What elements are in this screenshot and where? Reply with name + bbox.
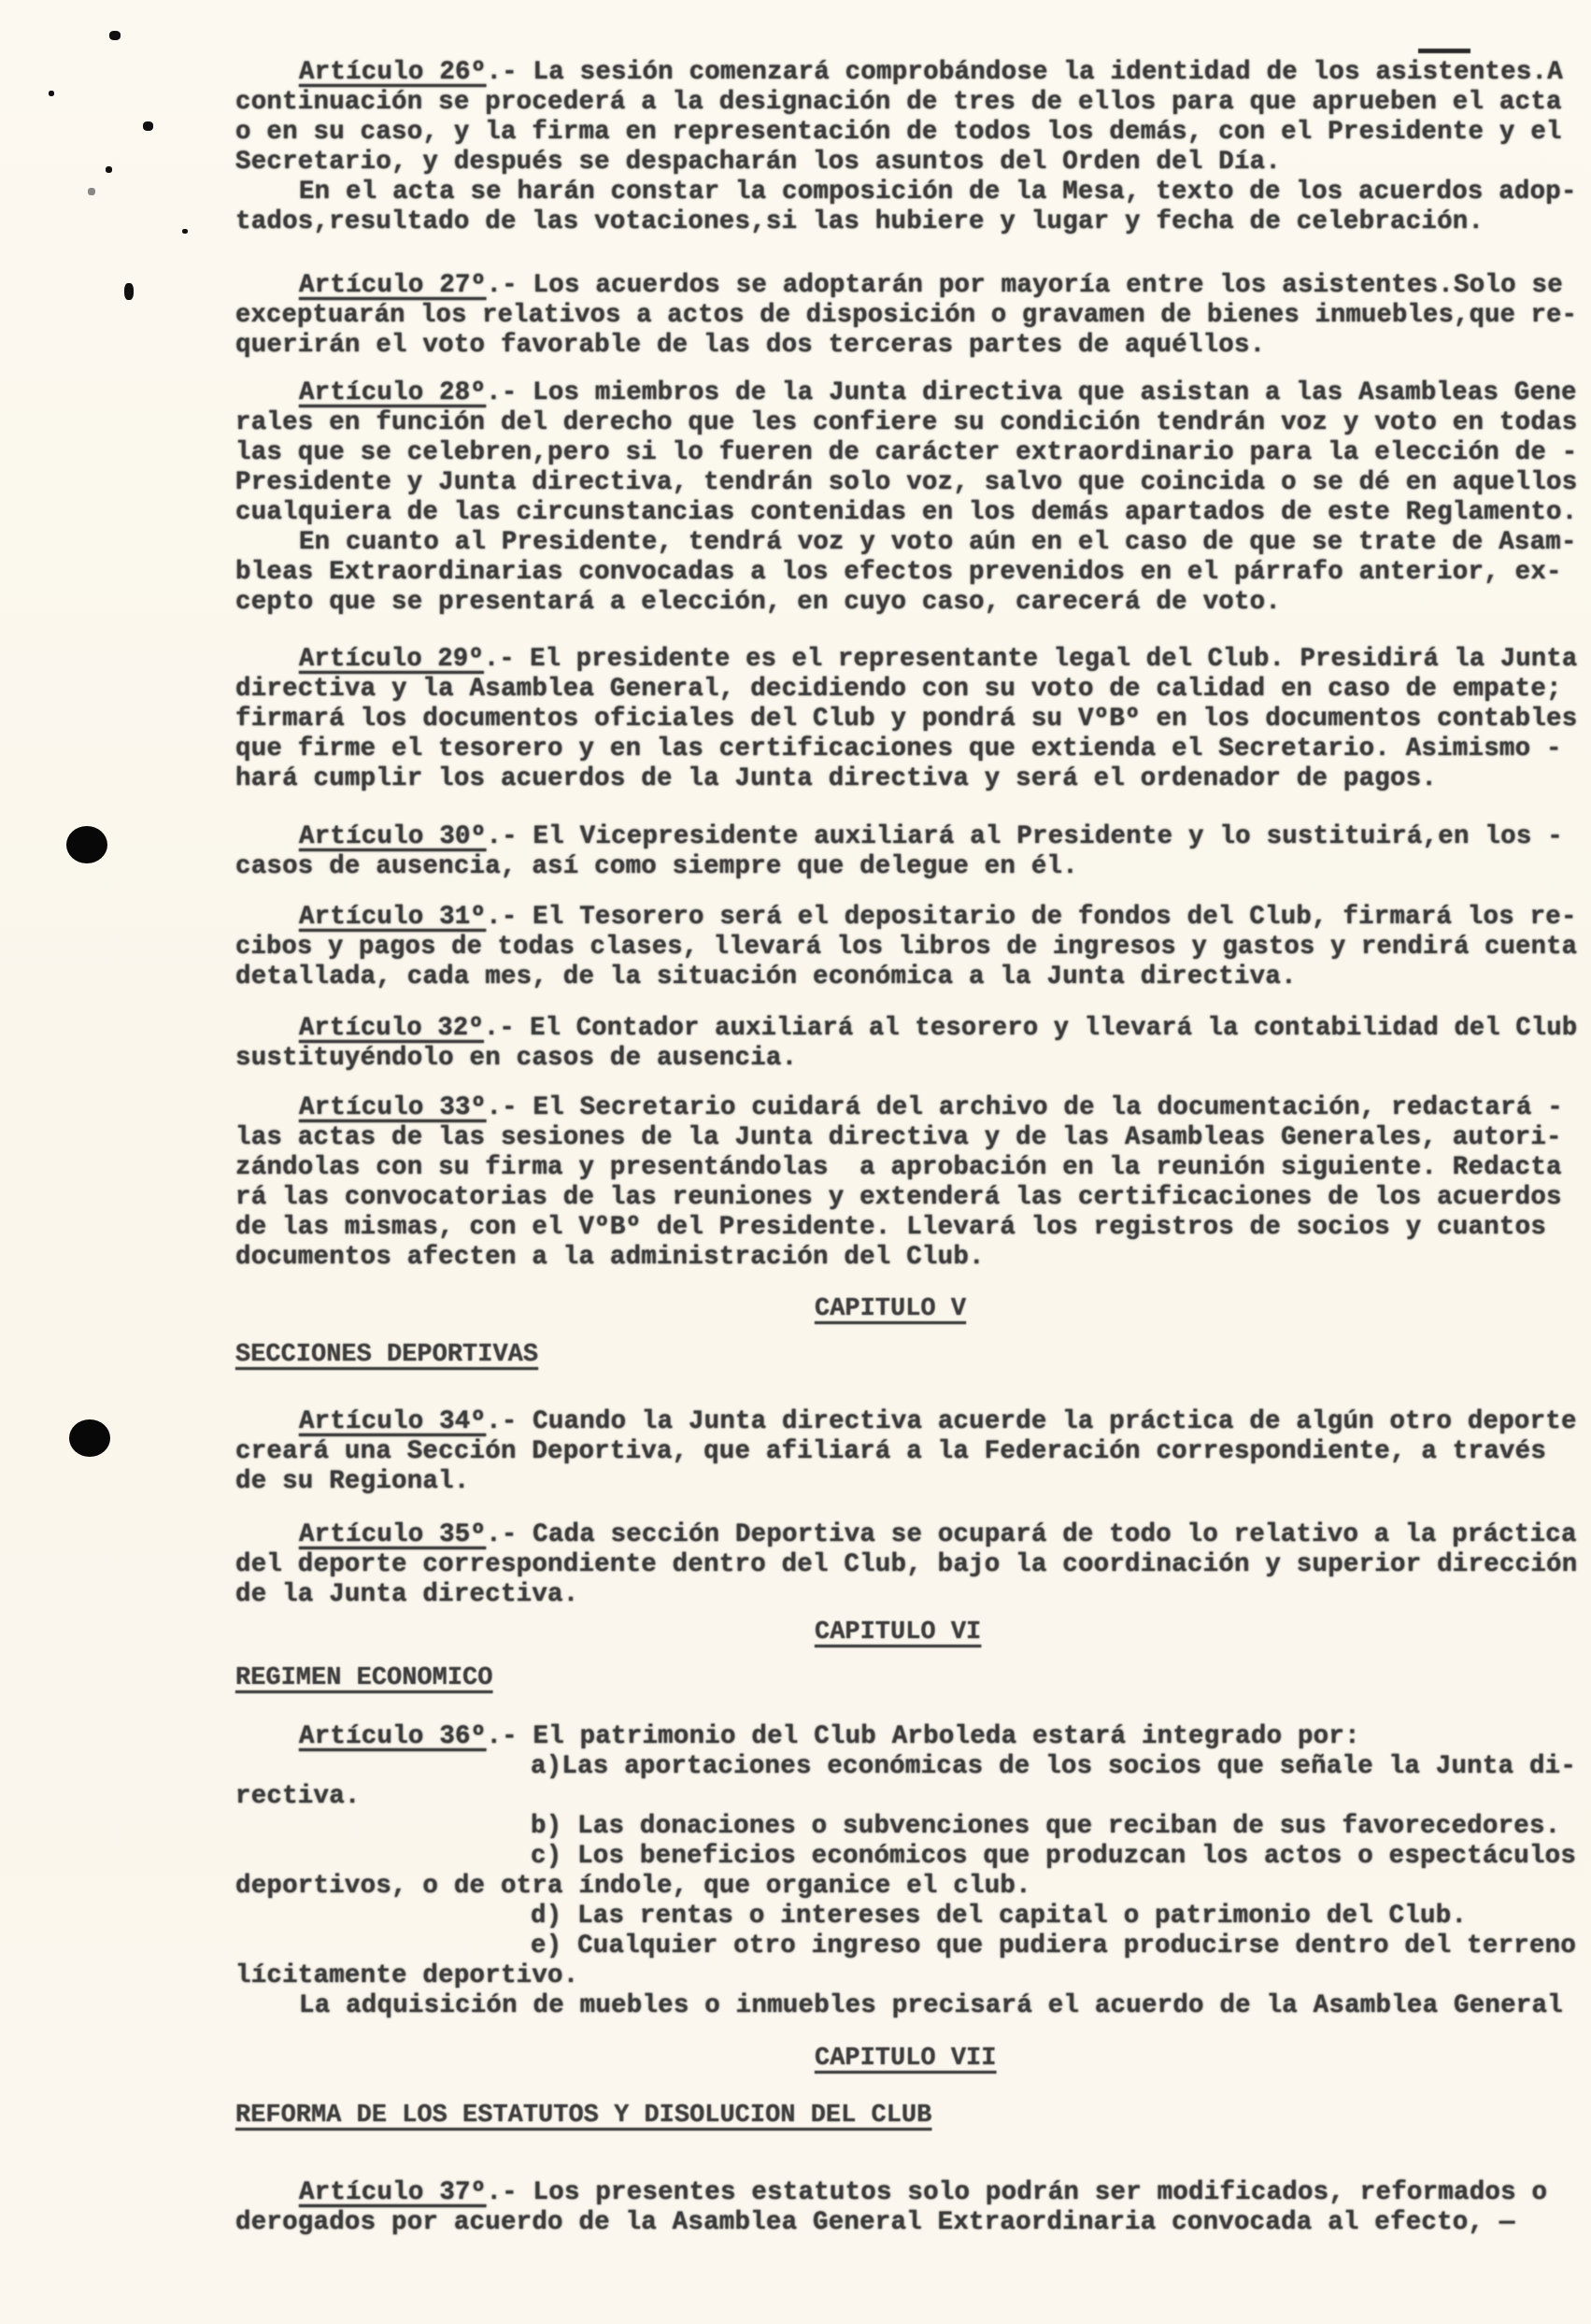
line-text: sustituyéndolo en casos de ausencia. <box>235 1044 797 1073</box>
text-line: La adquisición de muebles o inmuebles pr… <box>299 1991 1563 2021</box>
line-text: hará cumplir los acuerdos de la Junta di… <box>235 764 1437 793</box>
article-label: Artículo 35º <box>299 1520 486 1549</box>
text-line: Presidente y Junta directiva, tendrán so… <box>235 468 1577 498</box>
text-line: o en su caso, y la firma en representaci… <box>235 118 1562 148</box>
article-label: Artículo 33º <box>299 1093 486 1122</box>
text-line: hará cumplir los acuerdos de la Junta di… <box>235 764 1437 794</box>
text-line: c) Los beneficios económicos que produzc… <box>531 1842 1576 1872</box>
text-line: lícitamente deportivo. <box>235 1961 578 1991</box>
line-text: firmará los documentos oficiales del Clu… <box>235 705 1577 734</box>
text-line: zándolas con su firma y presentándolas a… <box>235 1153 1562 1183</box>
punch-hole-lower <box>69 1419 110 1457</box>
text-line: documentos afecten a la administración d… <box>235 1243 985 1273</box>
line-text: Secretario, y después se despacharán los… <box>235 148 1281 177</box>
line-text: .- Los miembros de la Junta directiva qu… <box>486 378 1576 407</box>
line-text: continuación se procederá a la designaci… <box>235 88 1562 117</box>
line-text: rectiva. <box>235 1782 361 1811</box>
ink-speck <box>49 91 54 96</box>
line-text: detallada, cada mes, de la situación eco… <box>235 962 1297 991</box>
text-line: cualquiera de las circunstancias conteni… <box>235 498 1577 528</box>
line-text: .- El presidente es el representante leg… <box>484 645 1577 674</box>
article-first-line: Artículo 31º.- El Tesorero será el depos… <box>299 903 1577 933</box>
ink-speck <box>88 188 95 195</box>
text-line: En cuanto al Presidente, tendrá voz y vo… <box>299 528 1577 558</box>
line-text: bleas Extraordinarias convocadas a los e… <box>235 558 1562 587</box>
section-heading: REGIMEN ECONOMICO <box>235 1663 492 1693</box>
text-line: querirán el voto favorable de las dos te… <box>235 331 1265 361</box>
text-line: que firme el tesorero y en las certifica… <box>235 734 1562 764</box>
article-label: Artículo 37º <box>299 2178 486 2207</box>
text-line: En el acta se harán constar la composici… <box>299 178 1577 207</box>
line-text: exceptuarán los relativos a actos de dis… <box>235 301 1577 330</box>
line-text: .- Cada sección Deportiva se ocupará de … <box>486 1520 1576 1549</box>
line-text: .- El Tesorero será el depositario de fo… <box>486 903 1576 932</box>
text-line: de la Junta directiva. <box>235 1580 578 1610</box>
line-text: e) Cualquier otro ingreso que pudiera pr… <box>531 1932 1576 1960</box>
line-text: de las mismas, con el VºBº del President… <box>235 1213 1546 1242</box>
article-label: Artículo 30º <box>299 822 486 851</box>
ink-speck <box>143 121 153 131</box>
line-text: del deporte correspondiente dentro del C… <box>235 1550 1577 1579</box>
article-label: Artículo 27º <box>299 271 486 300</box>
line-text: querirán el voto favorable de las dos te… <box>235 331 1265 360</box>
line-text: las que se celebren,pero si lo fueren de… <box>235 438 1577 467</box>
line-text: que firme el tesorero y en las certifica… <box>235 734 1562 763</box>
line-text: casos de ausencia, así como siempre que … <box>235 852 1078 881</box>
line-text: .- Los acuerdos se adoptarán por mayoría… <box>486 271 1563 300</box>
line-text: rá las convocatorias de las reuniones y … <box>235 1183 1562 1212</box>
section-heading: SECCIONES DEPORTIVAS <box>235 1340 538 1370</box>
line-text: a)Las aportaciones económicas de los soc… <box>531 1752 1576 1781</box>
text-line: b) Las donaciones o subvenciones que rec… <box>531 1812 1560 1842</box>
ink-speck <box>182 229 188 234</box>
text-line: rales en función del derecho que les con… <box>235 408 1577 438</box>
text-line: casos de ausencia, así como siempre que … <box>235 852 1078 882</box>
article-label: Artículo 31º <box>299 903 486 932</box>
line-text: d) Las rentas o intereses del capital o … <box>531 1902 1467 1931</box>
text-line: bleas Extraordinarias convocadas a los e… <box>235 558 1562 588</box>
ink-speck <box>106 166 112 173</box>
article-first-line: Artículo 32º.- El Contador auxiliará al … <box>299 1014 1577 1044</box>
ink-speck <box>124 283 134 300</box>
line-text: b) Las donaciones o subvenciones que rec… <box>531 1812 1560 1841</box>
line-text: de la Junta directiva. <box>235 1580 578 1609</box>
text-line: sustituyéndolo en casos de ausencia. <box>235 1044 797 1074</box>
line-text: cualquiera de las circunstancias conteni… <box>235 498 1577 527</box>
article-first-line: Artículo 37º.- Los presentes estatutos s… <box>299 2178 1547 2208</box>
text-line: deportivos, o de otra índole, que organi… <box>235 1872 1031 1902</box>
text-line: las actas de las sesiones de la Junta di… <box>235 1123 1562 1153</box>
article-label: Artículo 28º <box>299 378 486 407</box>
text-line: del deporte correspondiente dentro del C… <box>235 1550 1577 1580</box>
article-label: Artículo 34º <box>299 1407 486 1436</box>
line-text: creará una Sección Deportiva, que afilia… <box>235 1437 1546 1466</box>
line-text: .- El Contador auxiliará al tesorero y l… <box>484 1014 1577 1043</box>
chapter-heading: CAPITULO V <box>815 1294 966 1324</box>
line-text: En cuanto al Presidente, tendrá voz y vo… <box>299 528 1577 557</box>
section-heading: REFORMA DE LOS ESTATUTOS Y DISOLUCION DE… <box>235 2101 931 2131</box>
line-text: .- La sesión comenzará comprobándose la … <box>486 58 1563 87</box>
line-text: derogados por acuerdo de la Asamblea Gen… <box>235 2208 1515 2237</box>
article-first-line: Artículo 26º.- La sesión comenzará compr… <box>299 58 1563 88</box>
line-text: .- El Vicepresidente auxiliará al Presid… <box>486 822 1563 851</box>
text-line: continuación se procederá a la designaci… <box>235 88 1562 118</box>
text-line: las que se celebren,pero si lo fueren de… <box>235 438 1577 468</box>
line-text: .- Cuando la Junta directiva acuerde la … <box>486 1407 1576 1436</box>
article-first-line: Artículo 30º.- El Vicepresidente auxilia… <box>299 822 1563 852</box>
line-text: .- El Secretario cuidará del archivo de … <box>486 1093 1563 1122</box>
line-text: Presidente y Junta directiva, tendrán so… <box>235 468 1577 497</box>
text-line: d) Las rentas o intereses del capital o … <box>531 1902 1467 1932</box>
text-line: cibos y pagos de todas clases, llevará l… <box>235 933 1577 962</box>
article-first-line: Artículo 29º.- El presidente es el repre… <box>299 645 1577 675</box>
text-line: rectiva. <box>235 1782 361 1812</box>
line-text: La adquisición de muebles o inmuebles pr… <box>299 1991 1563 2020</box>
article-first-line: Artículo 36º.- El patrimonio del Club Ar… <box>299 1722 1360 1752</box>
punch-hole-upper <box>66 826 107 863</box>
text-line: derogados por acuerdo de la Asamblea Gen… <box>235 2208 1515 2238</box>
text-line: Secretario, y después se despacharán los… <box>235 148 1281 178</box>
article-first-line: Artículo 35º.- Cada sección Deportiva se… <box>299 1520 1577 1550</box>
document-page: Artículo 26º.- La sesión comenzará compr… <box>0 0 1591 2324</box>
article-label: Artículo 32º <box>299 1014 484 1043</box>
chapter-heading: CAPITULO VII <box>815 2044 996 2074</box>
line-text: deportivos, o de otra índole, que organi… <box>235 1872 1031 1901</box>
line-text: tados,resultado de las votaciones,si las… <box>235 207 1484 236</box>
article-label: Artículo 26º <box>299 58 486 87</box>
article-first-line: Artículo 28º.- Los miembros de la Junta … <box>299 378 1577 408</box>
line-text: rales en función del derecho que les con… <box>235 408 1577 437</box>
text-line: exceptuarán los relativos a actos de dis… <box>235 301 1577 331</box>
text-line: detallada, cada mes, de la situación eco… <box>235 962 1297 992</box>
line-text: .- Los presentes estatutos solo podrán s… <box>486 2178 1547 2207</box>
line-text: En el acta se harán constar la composici… <box>299 178 1577 207</box>
line-text: cepto que se presentará a elección, en c… <box>235 588 1281 617</box>
text-line: de las mismas, con el VºBº del President… <box>235 1213 1546 1243</box>
text-line: e) Cualquier otro ingreso que pudiera pr… <box>531 1932 1576 1961</box>
text-line: directiva y la Asamblea General, decidie… <box>235 675 1562 705</box>
line-text: .- El patrimonio del Club Arboleda estar… <box>486 1722 1359 1751</box>
text-line: a)Las aportaciones económicas de los soc… <box>531 1752 1576 1782</box>
article-label: Artículo 36º <box>299 1722 486 1751</box>
line-text: directiva y la Asamblea General, decidie… <box>235 675 1562 704</box>
ink-speck <box>109 31 121 40</box>
article-first-line: Artículo 33º.- El Secretario cuidará del… <box>299 1093 1563 1123</box>
article-label: Artículo 29º <box>299 645 484 674</box>
article-first-line: Artículo 27º.- Los acuerdos se adoptarán… <box>299 271 1563 301</box>
text-line: rá las convocatorias de las reuniones y … <box>235 1183 1562 1213</box>
line-text: lícitamente deportivo. <box>235 1961 578 1990</box>
typewriter-mark <box>1418 49 1470 53</box>
line-text: o en su caso, y la firma en representaci… <box>235 118 1562 147</box>
chapter-heading: CAPITULO VI <box>815 1618 981 1647</box>
text-line: cepto que se presentará a elección, en c… <box>235 588 1281 618</box>
line-text: las actas de las sesiones de la Junta di… <box>235 1123 1562 1152</box>
text-line: tados,resultado de las votaciones,si las… <box>235 207 1484 237</box>
line-text: cibos y pagos de todas clases, llevará l… <box>235 933 1577 962</box>
line-text: zándolas con su firma y presentándolas a… <box>235 1153 1562 1182</box>
line-text: documentos afecten a la administración d… <box>235 1243 985 1272</box>
line-text: de su Regional. <box>235 1467 470 1496</box>
line-text: c) Los beneficios económicos que produzc… <box>531 1842 1576 1871</box>
text-line: creará una Sección Deportiva, que afilia… <box>235 1437 1546 1467</box>
article-first-line: Artículo 34º.- Cuando la Junta directiva… <box>299 1407 1577 1437</box>
text-line: firmará los documentos oficiales del Clu… <box>235 705 1577 734</box>
text-line: de su Regional. <box>235 1467 470 1497</box>
